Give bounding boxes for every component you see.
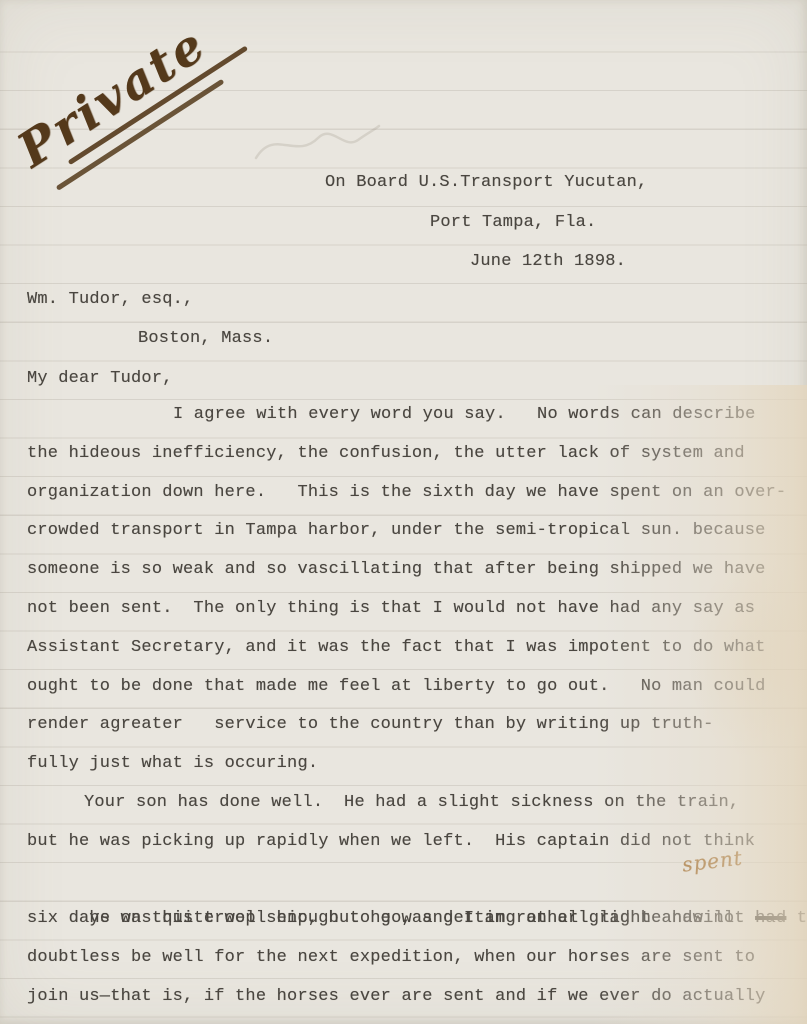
body-line: fully just what is occuring.: [27, 745, 797, 784]
body-line-text: the hideous inefficiency, the confusion,…: [27, 444, 745, 463]
body-line: I agree with every word you say. No word…: [27, 396, 797, 435]
body-line-text: but he was picking up rapidly when we le…: [27, 832, 755, 851]
body-line: Your son has done well. He had a slight …: [27, 784, 797, 823]
letter-body: I agree with every word you say. No word…: [27, 396, 797, 1017]
handwritten-private-mark: Private: [10, 1, 256, 196]
body-line: not been sent. The only thing is that I …: [27, 590, 797, 629]
recipient-name: Wm. Tudor, esq.,: [27, 281, 193, 320]
body-line-text: not been sent. The only thing is that I …: [27, 599, 755, 618]
handwritten-insert-word: spent: [680, 838, 745, 884]
body-line: crowded transport in Tampa harbor, under…: [27, 512, 797, 551]
body-line-text: I agree with every word you say. No word…: [173, 405, 756, 424]
recipient-city: Boston, Mass.: [138, 320, 273, 359]
letter-place-line: Port Tampa, Fla.: [430, 204, 596, 243]
body-line: Assistant Secretary, and it was the fact…: [27, 629, 797, 668]
body-line-text: Your son has done well. He had a slight …: [84, 793, 739, 812]
body-line: join us—that is, if the horses ever are …: [27, 978, 797, 1017]
body-line: the hideous inefficiency, the confusion,…: [27, 435, 797, 474]
body-line-text: someone is so weak and so vascillating t…: [27, 560, 766, 579]
body-line-text: fully just what is occuring.: [27, 754, 318, 773]
letter-date-line: June 12th 1898.: [470, 243, 626, 282]
body-line-text: ought to be done that made me feel at li…: [27, 677, 766, 696]
body-line-text: Assistant Secretary, and it was the fact…: [27, 638, 766, 657]
body-line: render agreater service to the country t…: [27, 706, 797, 745]
body-line-text: organization down here. This is the sixt…: [27, 483, 786, 502]
body-line: someone is so weak and so vascillating t…: [27, 551, 797, 590]
body-line-with-edit: he was quite well enough to go, and I am…: [27, 862, 797, 901]
body-line-text: join us—that is, if the horses ever are …: [27, 987, 766, 1006]
body-line-text: render agreater service to the country t…: [27, 715, 714, 734]
body-line-text: doubtless be well for the next expeditio…: [27, 948, 755, 967]
salutation: My dear Tudor,: [27, 360, 173, 399]
body-line-text: six days on this troop ship, but he was …: [27, 909, 734, 928]
body-line: ought to be done that made me feel at li…: [27, 668, 797, 707]
letter-origin-line: On Board U.S.Transport Yucutan,: [325, 164, 647, 203]
ghost-ink-scribble: [252, 116, 382, 171]
body-line: six days on this troop ship, but he was …: [27, 900, 797, 939]
scanned-letter-page: Private On Board U.S.Transport Yucutan, …: [0, 0, 807, 1024]
body-line: organization down here. This is the sixt…: [27, 474, 797, 513]
body-line-text: crowded transport in Tampa harbor, under…: [27, 521, 766, 540]
body-line: doubtless be well for the next expeditio…: [27, 939, 797, 978]
